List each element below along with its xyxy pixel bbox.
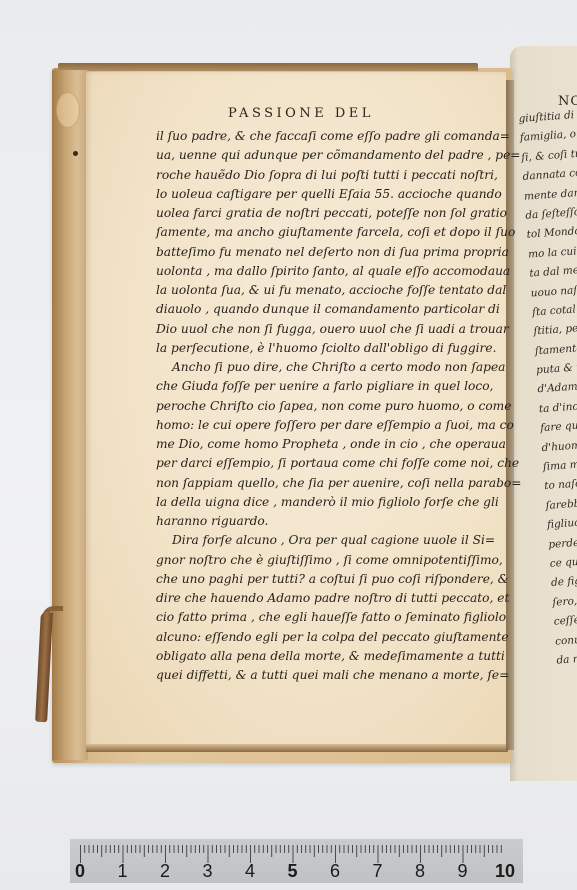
text-line: obligato alla pena della morte, & medeſi… [156,647,506,666]
ruler-label: 0 [75,861,85,882]
gutter-shadow [506,80,514,750]
scale-ruler: 012345678910 [70,837,523,883]
text-line: alcuno: eſſendo egli per la colpa del pe… [156,628,506,647]
text-line: che Giuda foſſe per uenire a farlo pigli… [156,377,506,396]
ruler-label: 3 [202,861,212,882]
text-line: il ſuo padre, & che faccaſi come eſſo pa… [156,127,506,146]
text-line: ua, uenne qui adunque per cõmandamento d… [156,146,506,165]
ruler-label: 5 [287,861,297,882]
text-line: peroche Chriſto cio ſapea, non come puro… [156,397,506,416]
page-bottom-edge [86,744,508,752]
text-line: per darci eſſempio, ſi portaua come chi … [156,454,506,473]
stain-mark [56,92,80,128]
text-line: dire che hauendo Adamo padre noſtro di t… [156,589,506,608]
text-line: che uno paghi per tutti? a coſtui ſi puo… [156,570,506,589]
text-line: Dio uuol che non ſi fugga, ouero uuol ch… [156,320,506,339]
cover-top-edge [58,63,478,71]
text-line: ſamente, ma ancho giuſtamente farcela, c… [156,223,506,242]
text-line: me Dio, come homo Propheta , onde in cio… [156,435,506,454]
text-line: la perſecutione, è l'huomo ſciolto dall'… [156,339,506,358]
text-line: cio fatto prima , che egli haueſſe fatto… [156,608,506,627]
text-line: uolea farci gratia de noſtri peccati, po… [156,204,506,223]
running-header: PASSIONE DEL [228,106,374,121]
text-line: la uolonta ſua, & ui fu menato, accioche… [156,281,506,300]
wormhole-mark [73,151,78,156]
ruler-label: 10 [495,861,515,882]
ruler-label: 4 [245,861,255,882]
text-line: Ancho ſi puo dire, che Chriſto a certo m… [156,358,506,377]
ruler-label: 8 [415,861,425,882]
text-line: haranno riguardo. [156,512,506,531]
text-line: uolonta , ma dallo ſpirito ſanto, al qua… [156,262,506,281]
ruler-label: 6 [330,861,340,882]
text-line: non ſappiam quello, che ſia per auenire,… [156,474,506,493]
text-line: lo uoleua caſtigare per quelli Eſaia 55.… [156,185,506,204]
text-line: quei diffetti, & a tutti quei mali che m… [156,666,506,685]
ruler-label: 7 [372,861,382,882]
text-line: diauolo , quando dunque il comandamento … [156,300,506,319]
ruler-ticks [80,843,505,863]
ruler-label: 2 [160,861,170,882]
page-body-text: il ſuo padre, & che faccaſi come eſſo pa… [156,127,506,685]
book-spine-edge [52,70,88,760]
ruler-label: 9 [457,861,467,882]
text-line: batteſimo fu menato nel deſerto non di ſ… [156,243,506,262]
ruler-label: 1 [117,861,127,882]
text-line: homo: le cui opere foſſero per dare eſſe… [156,416,506,435]
text-line: la della uigna dice , manderò il mio fig… [156,493,506,512]
text-line: Dira forſe alcuno , Ora per qual cagione… [156,531,506,550]
text-line: gnor noſtro che è giuſtiſſimo , ſi come … [156,551,506,570]
text-line: roche hauẽdo Dio ſopra di lui poſti tutt… [156,166,506,185]
